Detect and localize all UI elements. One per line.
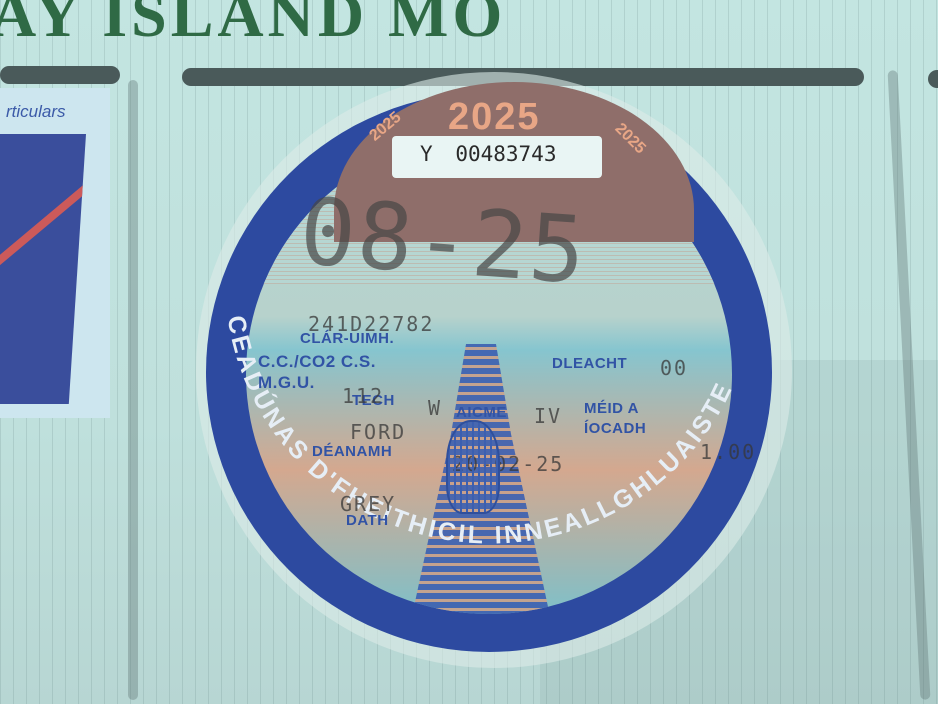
holder-groove-left xyxy=(128,80,138,700)
stamp-colour: GREY xyxy=(340,492,396,516)
stamp-aicme: W xyxy=(428,396,442,420)
stamp-make: FORD xyxy=(350,420,406,444)
divider-bar-left xyxy=(0,66,120,84)
serial-number: Y 00483743 xyxy=(420,142,556,166)
stamp-amount: 1.00 xyxy=(700,440,756,464)
label-co2: C.C./CO2 C.S. xyxy=(258,352,376,372)
label-deanamh: DÉANAMH xyxy=(312,443,392,460)
harp-icon xyxy=(446,420,500,514)
year-main: 2025 xyxy=(448,96,541,139)
label-aicme: AICME xyxy=(456,404,507,421)
serial-digits: 00483743 xyxy=(455,142,556,166)
stamp-registration: 241D22782 xyxy=(308,312,434,336)
label-dleacht: DLEACHT xyxy=(552,355,627,372)
stamp-tech: 112 xyxy=(342,384,384,408)
left-card-text: rticulars xyxy=(6,102,66,122)
label-iocadh: ÍOCADH xyxy=(584,420,646,437)
flag-graphic xyxy=(0,134,86,404)
stamp-dleacht: 00 xyxy=(660,356,688,380)
serial-prefix: Y xyxy=(420,142,433,166)
header-text: AY ISLAND MO xyxy=(0,0,506,52)
expiry-date: 08-25 xyxy=(297,178,591,305)
label-mgu: M.G.U. xyxy=(258,373,315,393)
left-card: rticulars xyxy=(0,88,110,418)
stamp-class: IV xyxy=(534,404,562,428)
label-meid: MÉID A xyxy=(584,400,639,417)
